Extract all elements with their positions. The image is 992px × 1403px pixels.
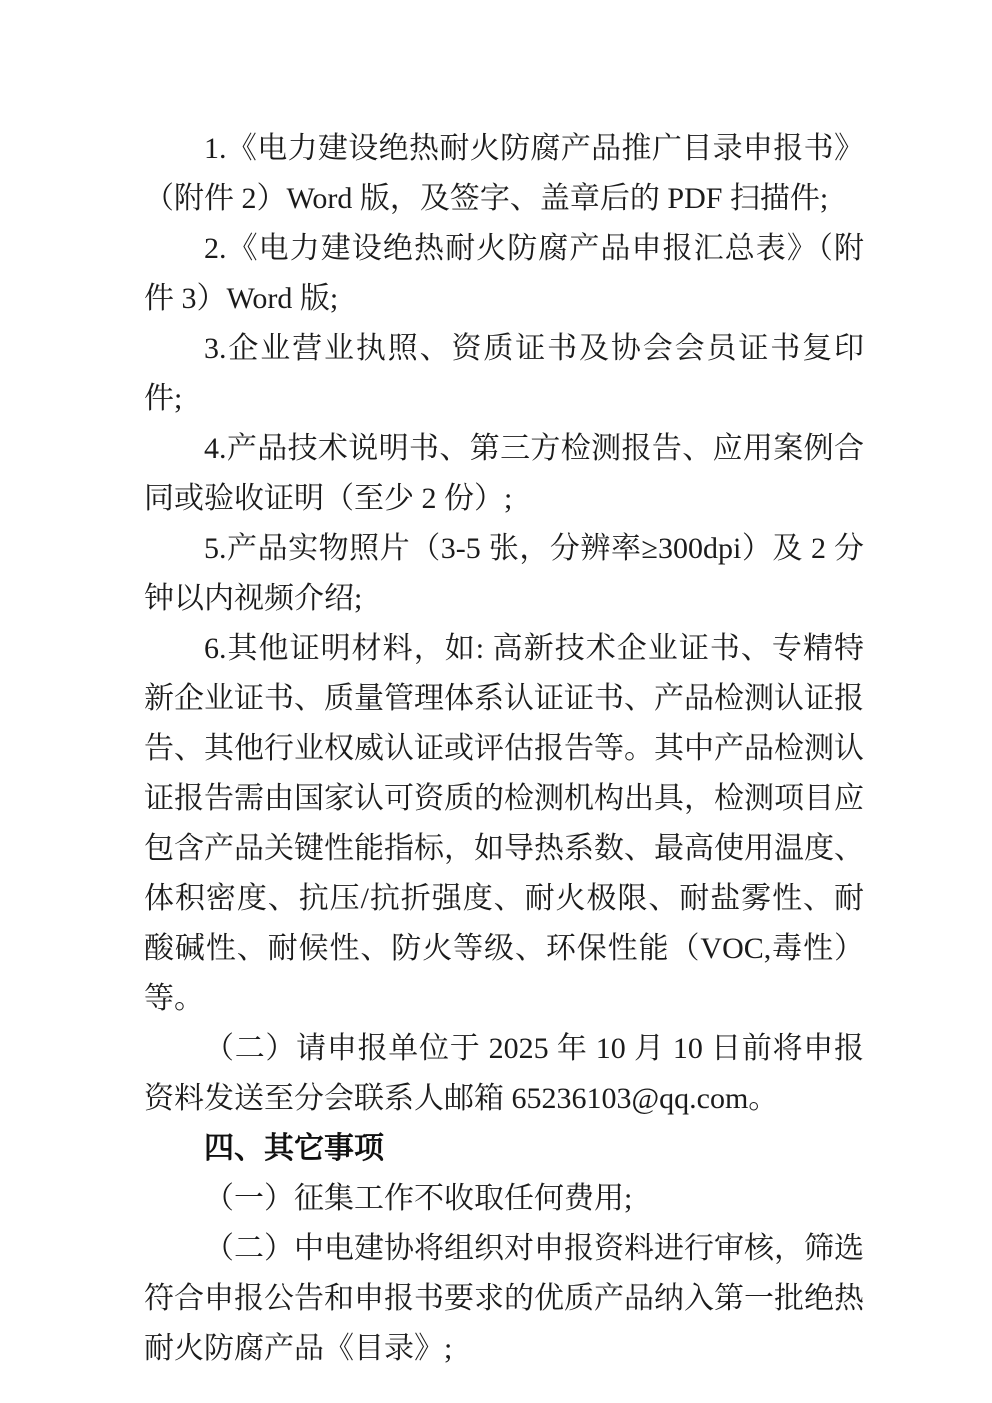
para-no-fees: （一）征集工作不收取任何费用; [144,1174,864,1224]
document-page: 1.《电力建设绝热耐火防腐产品推广目录申报书》（附件 2）Word 版，及签字、… [0,0,992,1403]
para-submission-deadline-email: （二）请申报单位于 2025 年 10 月 10 日前将申报资料发送至分会联系人… [144,1024,864,1124]
para-material-6-other-certificates: 6.其他证明材料，如: 高新技术企业证书、专精特新企业证书、质量管理体系认证证书… [144,624,864,1024]
para-material-3-licenses: 3.企业营业执照、资质证书及协会会员证书复印件; [144,324,864,424]
para-material-2-summary-table: 2.《电力建设绝热耐火防腐产品申报汇总表》（附件 3）Word 版; [144,224,864,324]
para-material-4-tech-docs: 4.产品技术说明书、第三方检测报告、应用案例合同或验收证明（至少 2 份）; [144,424,864,524]
para-material-5-photos-video: 5.产品实物照片（3-5 张，分辨率≥300dpi）及 2 分钟以内视频介绍; [144,524,864,624]
section-heading-other-matters: 四、其它事项 [144,1124,864,1174]
para-material-1-application-form: 1.《电力建设绝热耐火防腐产品推广目录申报书》（附件 2）Word 版，及签字、… [144,124,864,224]
para-review-and-catalog-inclusion: （二）中电建协将组织对申报资料进行审核，筛选符合申报公告和申报书要求的优质产品纳… [144,1224,864,1374]
